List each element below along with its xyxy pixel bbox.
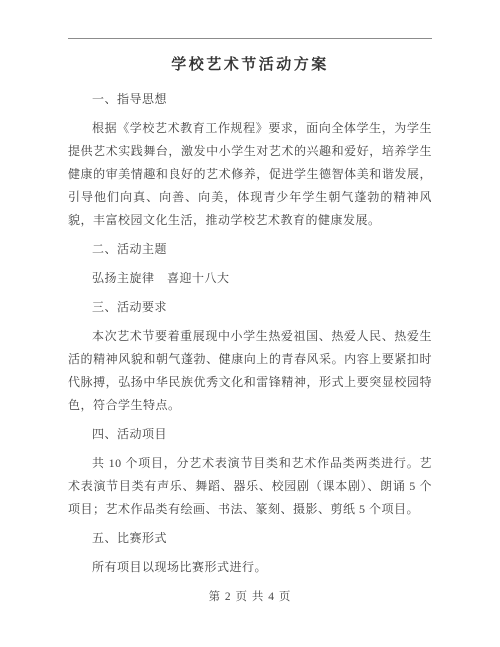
document-title: 学校艺术节活动方案 xyxy=(68,55,432,76)
section-paragraph: 共 10 个项目，分艺术表演节目类和艺术作品类两类进行。艺术表演节目类有声乐、舞… xyxy=(68,452,432,521)
section-heading: 四、活动项目 xyxy=(68,423,432,446)
section-heading: 三、活动要求 xyxy=(68,296,432,319)
header-rule xyxy=(68,38,432,39)
section-heading: 二、活动主题 xyxy=(68,238,432,261)
section-heading: 一、指导思想 xyxy=(68,88,432,111)
section-paragraph: 根据《学校艺术教育工作规程》要求，面向全体学生，为学生提供艺术实践舞台，激发中小… xyxy=(68,117,432,232)
section-paragraph: 所有项目以现场比赛形式进行。 xyxy=(68,556,432,579)
section-heading: 五、比赛形式 xyxy=(68,527,432,550)
page-number-footer: 第 2 页 共 4 页 xyxy=(0,588,500,604)
document-page: 学校艺术节活动方案 一、指导思想根据《学校艺术教育工作规程》要求，面向全体学生，… xyxy=(0,0,500,647)
section-paragraph: 本次艺术节要着重展现中小学生热爱祖国、热爱人民、热爱生活的精神风貌和朝气蓬勃、健… xyxy=(68,325,432,417)
section-paragraph: 弘扬主旋律 喜迎十八大 xyxy=(68,267,432,290)
document-body: 一、指导思想根据《学校艺术教育工作规程》要求，面向全体学生，为学生提供艺术实践舞… xyxy=(68,88,432,579)
